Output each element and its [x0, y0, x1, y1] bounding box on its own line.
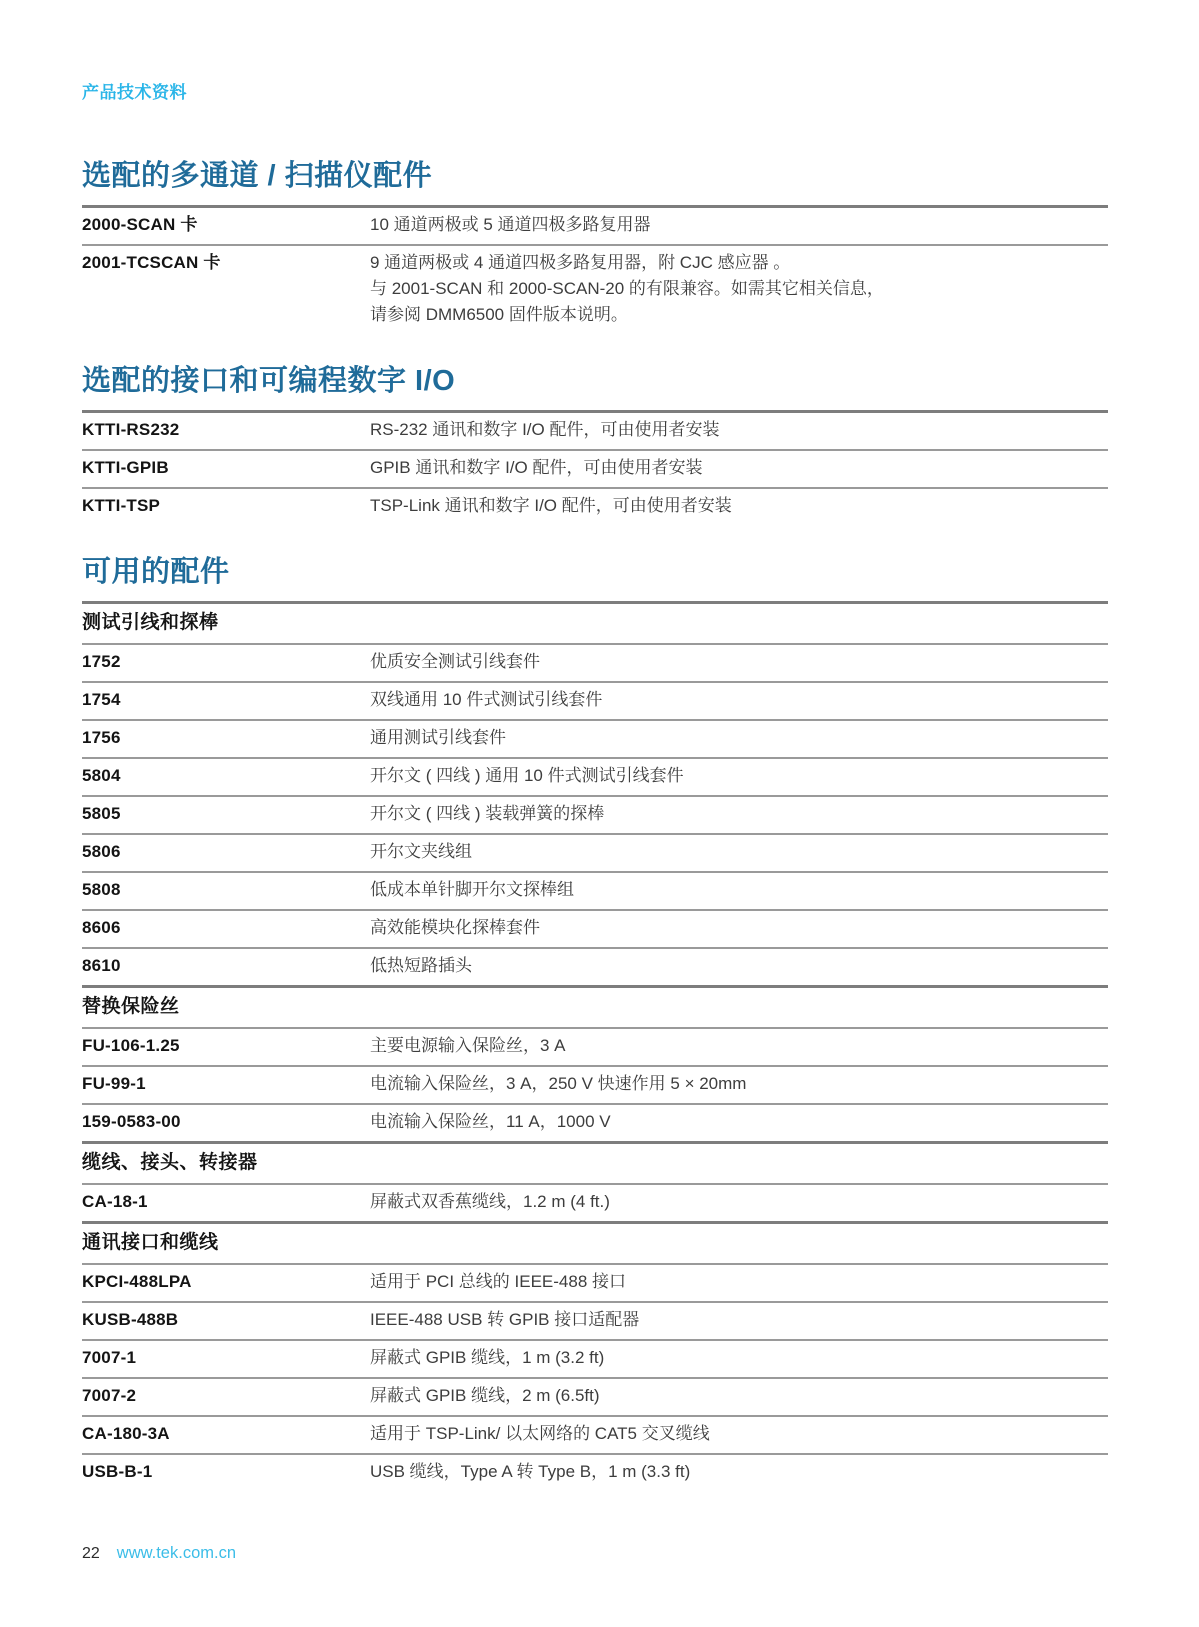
table-row: 1754双线通用 10 件式测试引线套件 — [82, 681, 1108, 719]
product-description: 屏蔽式 GPIB 缆线，1 m (3.2 ft) — [370, 1345, 1108, 1371]
product-code: KTTI-GPIB — [82, 455, 370, 481]
product-code: 1752 — [82, 649, 370, 675]
accessory-group: 测试引线和探棒1752优质安全测试引线套件1754双线通用 10 件式测试引线套… — [82, 604, 1108, 985]
table-row: 7007-2屏蔽式 GPIB 缆线，2 m (6.5ft) — [82, 1377, 1108, 1415]
table-row: FU-106-1.25主要电源输入保险丝，3 A — [82, 1027, 1108, 1065]
product-code: CA-18-1 — [82, 1189, 370, 1215]
product-description: 屏蔽式双香蕉缆线，1.2 m (4 ft.) — [370, 1189, 1108, 1215]
website-link[interactable]: www.tek.com.cn — [117, 1544, 236, 1563]
accessory-group: 通讯接口和缆线KPCI-488LPA适用于 PCI 总线的 IEEE-488 接… — [82, 1221, 1108, 1491]
table-row: 159-0583-00电流输入保险丝，11 A，1000 V — [82, 1103, 1108, 1141]
product-code: FU-106-1.25 — [82, 1033, 370, 1059]
table-row: FU-99-1电流输入保险丝，3 A，250 V 快速作用 5 × 20mm — [82, 1065, 1108, 1103]
product-description: 电流输入保险丝，3 A，250 V 快速作用 5 × 20mm — [370, 1071, 1108, 1097]
table-row: 1756通用测试引线套件 — [82, 719, 1108, 757]
table-row: 5806开尔文夹线组 — [82, 833, 1108, 871]
product-code: 5804 — [82, 763, 370, 789]
product-code: KTTI-TSP — [82, 493, 370, 519]
group-header: 通讯接口和缆线 — [82, 1221, 1108, 1263]
product-code: CA-180-3A — [82, 1421, 370, 1447]
product-description: 高效能模块化探棒套件 — [370, 915, 1108, 941]
product-code: 8606 — [82, 915, 370, 941]
accessory-section: 选配的接口和可编程数字 I/OKTTI-RS232RS-232 通讯和数字 I/… — [82, 364, 1108, 525]
product-description: 开尔文夹线组 — [370, 839, 1108, 865]
table-row: KTTI-TSPTSP-Link 通讯和数字 I/O 配件，可由使用者安装 — [82, 487, 1108, 525]
product-description: 9 通道两极或 4 通道四极多路复用器，附 CJC 感应器 。 与 2001-S… — [370, 250, 1108, 328]
table-row: 5804开尔文 ( 四线 ) 通用 10 件式测试引线套件 — [82, 757, 1108, 795]
product-description: 屏蔽式 GPIB 缆线，2 m (6.5ft) — [370, 1383, 1108, 1409]
product-description: RS-232 通讯和数字 I/O 配件，可由使用者安装 — [370, 417, 1108, 443]
product-code: 7007-1 — [82, 1345, 370, 1371]
table-row: 2001-TCSCAN 卡9 通道两极或 4 通道四极多路复用器，附 CJC 感… — [82, 244, 1108, 334]
accessories-content: 选配的多通道 / 扫描仪配件2000-SCAN 卡10 通道两极或 5 通道四极… — [82, 159, 1108, 1491]
section-title: 选配的接口和可编程数字 I/O — [82, 364, 1108, 413]
table-row: CA-180-3A适用于 TSP-Link/ 以太网络的 CAT5 交叉缆线 — [82, 1415, 1108, 1453]
page-footer: 22 www.tek.com.cn — [82, 1544, 236, 1563]
table-row: 7007-1屏蔽式 GPIB 缆线，1 m (3.2 ft) — [82, 1339, 1108, 1377]
section-title: 选配的多通道 / 扫描仪配件 — [82, 159, 1108, 208]
table-row: KTTI-GPIBGPIB 通讯和数字 I/O 配件，可由使用者安装 — [82, 449, 1108, 487]
page-header: 产品技术资料 — [82, 82, 1108, 103]
product-code: 5806 — [82, 839, 370, 865]
table-row: 5805开尔文 ( 四线 ) 装载弹簧的探棒 — [82, 795, 1108, 833]
product-description: 开尔文 ( 四线 ) 装载弹簧的探棒 — [370, 801, 1108, 827]
accessory-group: 替换保险丝FU-106-1.25主要电源输入保险丝，3 AFU-99-1电流输入… — [82, 985, 1108, 1141]
product-description: 适用于 PCI 总线的 IEEE-488 接口 — [370, 1269, 1108, 1295]
accessory-group: 缆线、接头、转接器CA-18-1屏蔽式双香蕉缆线，1.2 m (4 ft.) — [82, 1141, 1108, 1221]
table-row: KPCI-488LPA适用于 PCI 总线的 IEEE-488 接口 — [82, 1263, 1108, 1301]
product-description: 优质安全测试引线套件 — [370, 649, 1108, 675]
table-row: KTTI-RS232RS-232 通讯和数字 I/O 配件，可由使用者安装 — [82, 413, 1108, 449]
product-description: 低成本单针脚开尔文探棒组 — [370, 877, 1108, 903]
product-description: 开尔文 ( 四线 ) 通用 10 件式测试引线套件 — [370, 763, 1108, 789]
product-code: 1756 — [82, 725, 370, 751]
page-number: 22 — [82, 1545, 100, 1563]
table-row: 8610低热短路插头 — [82, 947, 1108, 985]
group-header: 替换保险丝 — [82, 985, 1108, 1027]
table-row: 1752优质安全测试引线套件 — [82, 643, 1108, 681]
product-code: 159-0583-00 — [82, 1109, 370, 1135]
product-code: 5805 — [82, 801, 370, 827]
accessory-group: KTTI-RS232RS-232 通讯和数字 I/O 配件，可由使用者安装KTT… — [82, 413, 1108, 525]
product-description: 低热短路插头 — [370, 953, 1108, 979]
table-row: 2000-SCAN 卡10 通道两极或 5 通道四极多路复用器 — [82, 208, 1108, 244]
product-code: 1754 — [82, 687, 370, 713]
product-code: FU-99-1 — [82, 1071, 370, 1097]
product-description: 双线通用 10 件式测试引线套件 — [370, 687, 1108, 713]
table-row: CA-18-1屏蔽式双香蕉缆线，1.2 m (4 ft.) — [82, 1183, 1108, 1221]
accessory-group: 2000-SCAN 卡10 通道两极或 5 通道四极多路复用器2001-TCSC… — [82, 208, 1108, 334]
accessory-section: 可用的配件测试引线和探棒1752优质安全测试引线套件1754双线通用 10 件式… — [82, 555, 1108, 1491]
product-code: 8610 — [82, 953, 370, 979]
product-description: 主要电源输入保险丝，3 A — [370, 1033, 1108, 1059]
product-code: 2001-TCSCAN 卡 — [82, 250, 370, 276]
product-code: KUSB-488B — [82, 1307, 370, 1333]
section-title: 可用的配件 — [82, 555, 1108, 604]
product-description: TSP-Link 通讯和数字 I/O 配件，可由使用者安装 — [370, 493, 1108, 519]
datasheet-page: 产品技术资料 选配的多通道 / 扫描仪配件2000-SCAN 卡10 通道两极或… — [0, 0, 1199, 1627]
product-code: KPCI-488LPA — [82, 1269, 370, 1295]
product-code: 2000-SCAN 卡 — [82, 212, 370, 238]
group-header: 测试引线和探棒 — [82, 604, 1108, 643]
product-description: 适用于 TSP-Link/ 以太网络的 CAT5 交叉缆线 — [370, 1421, 1108, 1447]
table-row: KUSB-488BIEEE-488 USB 转 GPIB 接口适配器 — [82, 1301, 1108, 1339]
product-description: 通用测试引线套件 — [370, 725, 1108, 751]
product-code: USB-B-1 — [82, 1459, 370, 1485]
product-description: GPIB 通讯和数字 I/O 配件，可由使用者安装 — [370, 455, 1108, 481]
product-description: USB 缆线，Type A 转 Type B，1 m (3.3 ft) — [370, 1459, 1108, 1485]
group-header: 缆线、接头、转接器 — [82, 1141, 1108, 1183]
product-description: 10 通道两极或 5 通道四极多路复用器 — [370, 212, 1108, 238]
product-code: KTTI-RS232 — [82, 417, 370, 443]
table-row: USB-B-1USB 缆线，Type A 转 Type B，1 m (3.3 f… — [82, 1453, 1108, 1491]
accessory-section: 选配的多通道 / 扫描仪配件2000-SCAN 卡10 通道两极或 5 通道四极… — [82, 159, 1108, 334]
product-code: 7007-2 — [82, 1383, 370, 1409]
product-code: 5808 — [82, 877, 370, 903]
table-row: 5808低成本单针脚开尔文探棒组 — [82, 871, 1108, 909]
product-description: 电流输入保险丝，11 A，1000 V — [370, 1109, 1108, 1135]
product-description: IEEE-488 USB 转 GPIB 接口适配器 — [370, 1307, 1108, 1333]
table-row: 8606高效能模块化探棒套件 — [82, 909, 1108, 947]
